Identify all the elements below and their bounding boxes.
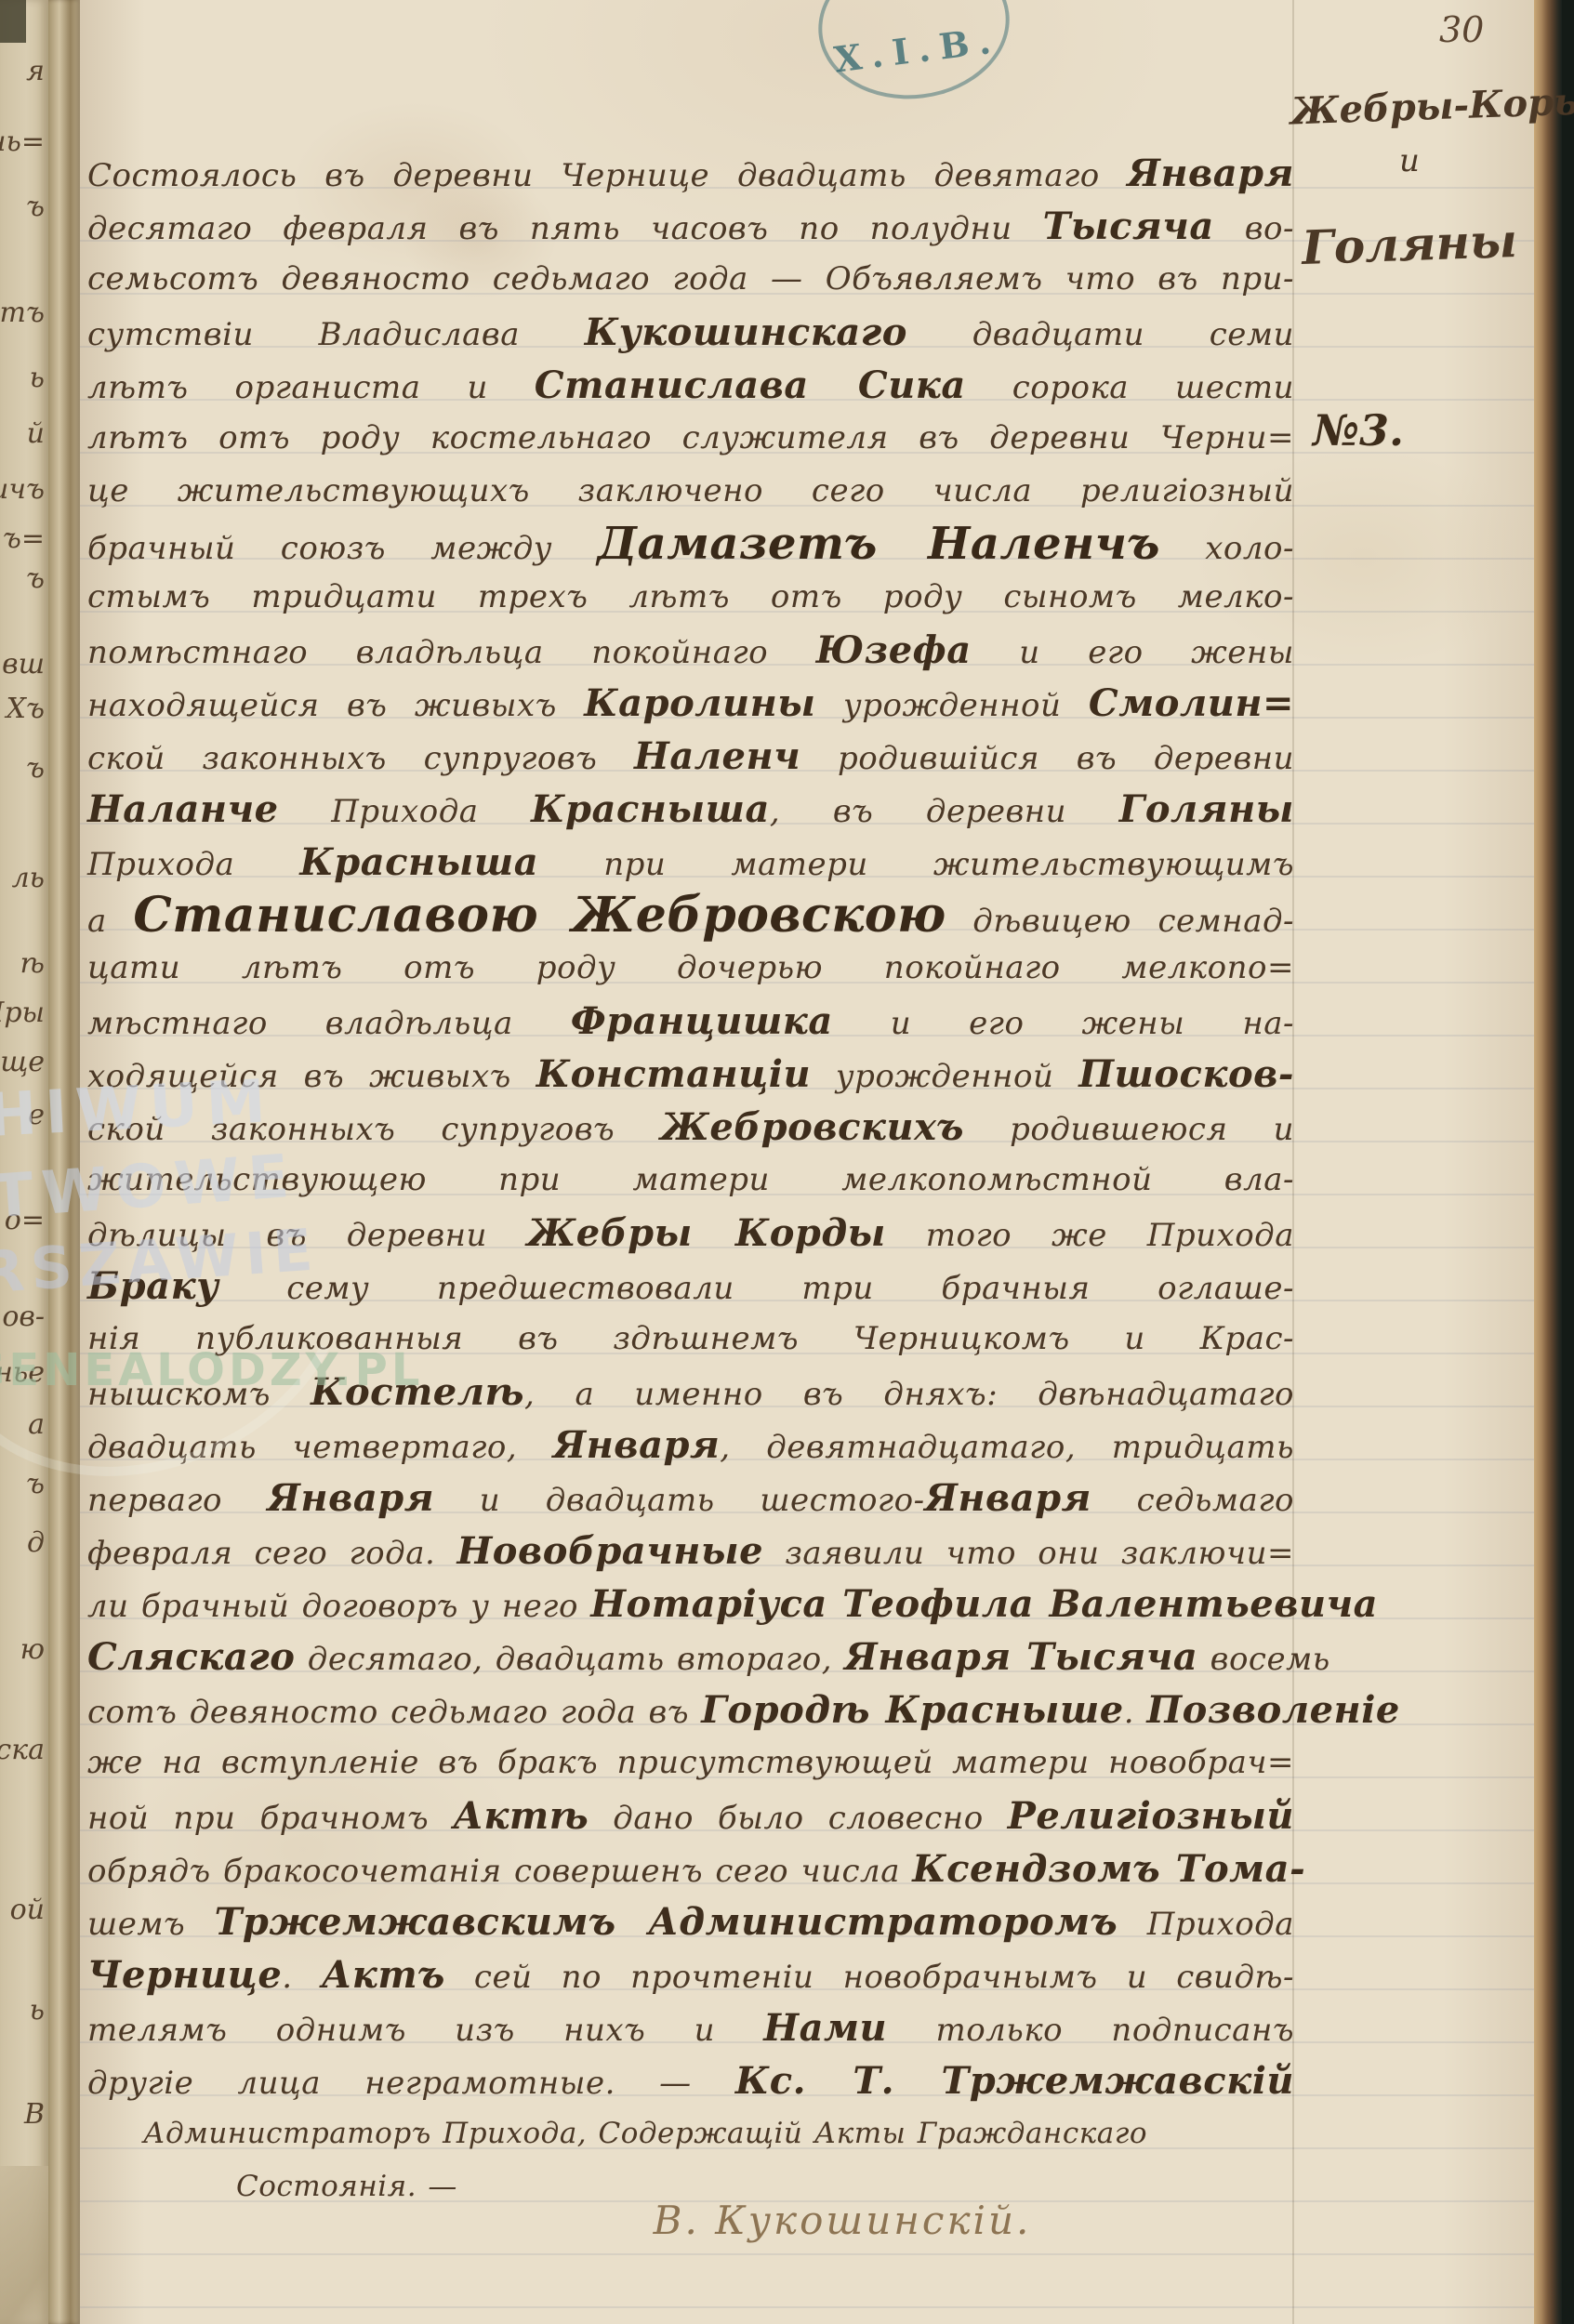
body-text: .	[282, 1959, 321, 1996]
body-text: того же Прихода	[886, 1217, 1294, 1254]
body-text: двадцать четвертаго,	[87, 1429, 553, 1466]
emphasized-name: Юзефа	[816, 628, 972, 672]
body-text: сему предшествовали три брачныя оглаше-	[219, 1270, 1294, 1307]
body-text: брачный союзъ между	[87, 530, 597, 567]
body-text: Прихода	[87, 846, 299, 883]
body-text: Состоялось въ деревни Чернице двадцать д…	[87, 157, 1128, 194]
facing-page-text-fragment: ль	[12, 865, 45, 892]
record-page: Х.І.В. 30 Жебры-Коры и Голяны №3. Состоя…	[80, 0, 1536, 2324]
body-text: же на вступленіе въ бракъ присутствующей…	[87, 1744, 1294, 1781]
body-line: цати лѣтъ отъ роду дочерью покойнаго мел…	[87, 942, 1294, 995]
emphasized-name: Браку	[87, 1264, 219, 1308]
emphasized-name: Января Тысяча	[844, 1635, 1197, 1679]
body-text: седьмаго	[1091, 1482, 1294, 1519]
body-line: нія публикованныя въ здѣшнемъ Черницкомъ…	[87, 1313, 1294, 1366]
act-number: №3.	[1313, 405, 1404, 456]
body-line: ли брачный договоръ у него Нотаріуса Тео…	[87, 1578, 1294, 1631]
emphasized-name: Красныша	[531, 787, 770, 831]
body-text: холо-	[1160, 530, 1294, 567]
body-line: мѣстнаго владѣльца Францишка и его жены …	[87, 995, 1294, 1048]
body-line: семьсотъ девяносто седьмаго года — Объяв…	[87, 253, 1294, 306]
body-text: двадцати семи	[907, 316, 1294, 353]
body-text: ской законныхъ супруговъ	[87, 740, 634, 777]
emphasized-name: Станислава Сика	[535, 363, 966, 407]
binding-gutter	[48, 0, 80, 2324]
emphasized-name: Января	[268, 1476, 434, 1520]
facing-page-text-fragment: я	[26, 58, 45, 86]
body-text: другіе лица неграмотные. —	[87, 2065, 735, 2102]
emphasized-name: Констанціи	[536, 1052, 811, 1096]
body-text: дѣлицы въ деревни	[87, 1217, 527, 1254]
facing-page-text-fragment: ь	[30, 1997, 45, 2025]
margin-place-name-3: Голяны	[1290, 213, 1529, 276]
body-line: лѣтъ органиста и Станислава Сика сорока …	[87, 359, 1294, 412]
corner-shadow	[0, 0, 26, 43]
body-line: ской законныхъ супруговъ Наленч родившій…	[87, 730, 1294, 783]
page-stack-edge	[1534, 0, 1562, 2324]
emphasized-name: Костелѣ	[311, 1370, 524, 1414]
body-line: февраля сего года. Новобрачные заявили ч…	[87, 1525, 1294, 1578]
body-line: Прихода Красныша при матери жительствующ…	[87, 836, 1294, 889]
body-line: ходящейся въ живыхъ Констанціи урожденно…	[87, 1048, 1294, 1101]
body-text: во-	[1214, 210, 1294, 247]
body-text: заявили что они заключи=	[763, 1535, 1294, 1572]
body-text: це жительствующихъ заключено сего числа …	[87, 472, 1294, 509]
body-text: .	[1124, 1694, 1147, 1731]
body-line: Браку сему предшествовали три брачныя ог…	[87, 1260, 1294, 1313]
facing-page-text-fragment: ъ	[26, 193, 45, 221]
emphasized-name: Дамазетъ Наленчъ	[597, 518, 1159, 570]
body-text: Состоянія. —	[236, 2170, 457, 2203]
body-text: Прихода	[279, 793, 532, 830]
body-line: обрядъ бракосочетанія совершенъ сего чис…	[87, 1842, 1294, 1895]
emphasized-name: Тысяча	[1043, 205, 1214, 248]
facing-page-text-fragment: В	[24, 2101, 45, 2129]
emphasized-name: Тржемжавскимъ Администраторомъ	[215, 1900, 1118, 1944]
body-line: сотъ девяносто седьмаго года въ Городѣ К…	[87, 1684, 1294, 1736]
body-line: сутствіи Владислава Кукошинскаго двадцат…	[87, 306, 1294, 359]
emphasized-name: Нотаріуса Теофила Валентьевича	[590, 1582, 1378, 1626]
facing-page-text-fragment: ов-	[2, 1303, 45, 1331]
body-text: и двадцать шестого-	[434, 1482, 924, 1519]
body-text: дѣвицею семнад-	[946, 903, 1294, 940]
facing-page-text-fragment: ой	[10, 1896, 45, 1924]
facing-page-text-fragment: Хъ	[7, 695, 45, 723]
facing-page-text-fragment: ѣ	[20, 950, 45, 978]
emphasized-name: Января	[925, 1476, 1091, 1520]
facing-page-text-fragment: ще	[0, 1049, 45, 1076]
facing-page-text-fragment: нье	[0, 1359, 45, 1387]
facing-page-text-fragment: о=	[5, 1207, 45, 1235]
emphasized-name: Францишка	[571, 999, 833, 1043]
emphasized-name: Чернице	[87, 1953, 282, 1997]
emphasized-name: Января	[553, 1423, 720, 1467]
emphasized-name: Наленч	[634, 734, 800, 778]
body-text: родившеюся и	[964, 1111, 1294, 1148]
body-line: жительствующею при матери мелкопомѣстной…	[87, 1154, 1294, 1207]
body-text: февраля сего года.	[87, 1535, 457, 1572]
body-text: находящейся въ живыхъ	[87, 687, 584, 724]
body-line: а Станиславою Жебровскою дѣвицею семнад-	[87, 889, 1294, 942]
emphasized-name: Кукошинскаго	[585, 310, 907, 354]
body-text: , а именно въ дняхъ: двѣнадцатаго	[524, 1376, 1294, 1413]
body-text: ной при брачномъ	[87, 1800, 453, 1837]
emphasized-name: Пшосков-	[1078, 1052, 1294, 1096]
facing-page-text-fragment: а	[28, 1411, 45, 1439]
body-line: брачный союзъ между Дамазетъ Наленчъ хол…	[87, 518, 1294, 571]
emphasized-name: Актъ	[322, 1953, 445, 1997]
body-line: нышскомъ Костелѣ, а именно въ дняхъ: двѣ…	[87, 1366, 1294, 1419]
facing-page-text-fragment: ъ	[26, 755, 45, 783]
emphasized-name: Жебры Корды	[527, 1211, 886, 1255]
facing-page-text-fragment: ска	[0, 1736, 45, 1764]
body-text: лѣтъ органиста и	[87, 369, 535, 406]
body-text: только подписанъ	[887, 2012, 1294, 2049]
emphasized-name: Смолин=	[1089, 681, 1294, 725]
body-line: телямъ однимъ изъ нихъ и Нами только под…	[87, 2001, 1294, 2054]
body-line: перваго Января и двадцать шестого-Января…	[87, 1472, 1294, 1525]
body-text: Прихода	[1118, 1906, 1294, 1943]
body-text: жительствующею при матери мелкопомѣстной…	[87, 1161, 1294, 1198]
emphasized-name: Красныша	[299, 840, 538, 884]
body-text: дано было словесно	[589, 1800, 1008, 1837]
facing-page-text-fragment: ь	[30, 364, 45, 392]
body-line: шемъ Тржемжавскимъ Администраторомъ Прих…	[87, 1895, 1294, 1948]
body-line: лѣтъ отъ роду костельнаго служителя въ д…	[87, 412, 1294, 465]
body-text: нышскомъ	[87, 1376, 311, 1413]
body-line: дѣлицы въ деревни Жебры Корды того же Пр…	[87, 1207, 1294, 1260]
oval-stamp: Х.І.В.	[810, 0, 1018, 110]
emphasized-name: Религіозный	[1008, 1794, 1294, 1838]
body-text: родившійся въ деревни	[800, 740, 1294, 777]
body-text: телямъ однимъ изъ нихъ и	[87, 2012, 763, 2049]
body-text: урожденной	[815, 687, 1088, 724]
body-text: урожденной	[811, 1058, 1078, 1095]
body-line: це жительствующихъ заключено сего числа …	[87, 465, 1294, 518]
body-line: ской законныхъ супруговъ Жебровскихъ род…	[87, 1101, 1294, 1154]
body-text: обрядъ бракосочетанія совершенъ сего чис…	[87, 1853, 912, 1890]
stamp-text: Х.І.В.	[832, 19, 1005, 104]
facing-page-text-fragment: ъ	[26, 1471, 45, 1499]
body-line: Состоялось въ деревни Чернице двадцать д…	[87, 147, 1294, 200]
emphasized-name: Жебровскихъ	[660, 1105, 964, 1149]
emphasized-name: Наланче	[87, 787, 279, 831]
facing-page-text-fragment: тъ	[0, 299, 45, 327]
body-text: ходящейся въ живыхъ	[87, 1058, 536, 1095]
body-text: восемь	[1197, 1641, 1329, 1678]
margin-place-name-1: Жебры-Коры	[1290, 82, 1528, 134]
emphasized-name: Ксендзомъ Тома-	[912, 1847, 1305, 1891]
body-text: ской законныхъ супруговъ	[87, 1111, 660, 1148]
margin-place-name-2: и	[1290, 142, 1528, 179]
facing-page-text-fragment: Пры	[0, 999, 45, 1027]
body-text: нія публикованныя въ здѣшнемъ Черницкомъ…	[87, 1320, 1294, 1357]
facing-page-edge: янь=ътъьйичъъ=ъвшХъъльѣПрыщеео=ов-ньеаъд…	[0, 0, 48, 2324]
emphasized-name: Актѣ	[453, 1794, 589, 1838]
body-text: , въ деревни	[770, 793, 1119, 830]
facing-page-text-fragment: е	[28, 1102, 45, 1129]
body-text-block: Состоялось въ деревни Чернице двадцать д…	[87, 147, 1294, 2213]
body-line: Чернице. Актъ сей по прочтеніи новобрачн…	[87, 1948, 1294, 2001]
margin-notes: Жебры-Коры и Голяны	[1290, 86, 1528, 271]
body-text: сорока шести	[966, 369, 1294, 406]
facing-page-text-fragment: й	[27, 420, 45, 448]
body-text: десятаго февраля въ пять часовъ по полуд…	[87, 210, 1043, 247]
emphasized-name: Сляскаго	[87, 1635, 295, 1679]
emphasized-name: Голяны	[1119, 787, 1294, 831]
facing-page-text-fragment: ъ	[26, 565, 45, 593]
emphasized-name: Нами	[763, 2006, 887, 2050]
body-line: находящейся въ живыхъ Каролины урожденно…	[87, 677, 1294, 730]
facing-page-text-fragment: ю	[20, 1636, 45, 1664]
body-line: же на вступленіе въ бракъ присутствующей…	[87, 1736, 1294, 1789]
body-text: десятаго, двадцать втораго,	[295, 1641, 844, 1678]
body-line: Администраторъ Прихода, Содержащій Акты …	[87, 2107, 1294, 2160]
body-text: помѣстнаго владѣльца покойнаго	[87, 634, 816, 671]
body-text: стымъ тридцати трехъ лѣтъ отъ роду сыном…	[87, 578, 1294, 615]
body-line: ной при брачномъ Актѣ дано было словесно…	[87, 1789, 1294, 1842]
body-line: Наланче Прихода Красныша, въ деревни Гол…	[87, 783, 1294, 836]
body-text: шемъ	[87, 1906, 215, 1943]
body-text: при матери жительствующимъ	[538, 846, 1294, 883]
background	[1562, 0, 1574, 2324]
body-text: ли брачный договоръ у него	[87, 1588, 590, 1625]
body-text: сутствіи Владислава	[87, 316, 585, 353]
body-text: и его жены	[972, 634, 1294, 671]
body-line: другіе лица неграмотные. — Кс. Т. Тржемж…	[87, 2054, 1294, 2107]
body-text: Администраторъ Прихода, Содержащій Акты …	[143, 2117, 1147, 2150]
facing-page-text-fragment: ичъ	[0, 476, 45, 504]
facing-page-text-fragment: нь=	[0, 128, 45, 156]
body-line: Сляскаго десятаго, двадцать втораго, Янв…	[87, 1631, 1294, 1684]
body-text: перваго	[87, 1482, 268, 1519]
emphasized-name: Новобрачные	[457, 1529, 764, 1573]
body-text: цати лѣтъ отъ роду дочерью покойнаго мел…	[87, 949, 1294, 986]
body-text: , девятнадцатаго, тридцать	[720, 1429, 1294, 1466]
body-line: двадцать четвертаго, Января, девятнадцат…	[87, 1419, 1294, 1472]
body-text: сотъ девяносто седьмаго года въ	[87, 1694, 701, 1731]
emphasized-name: Января	[1128, 152, 1294, 195]
body-text: семьсотъ девяносто седьмаго года — Объяв…	[87, 260, 1294, 297]
body-text: и его жены на-	[833, 1005, 1294, 1042]
page-number: 30	[1439, 9, 1484, 50]
emphasized-name: Каролины	[584, 681, 815, 725]
facing-page-text-fragment: ъ=	[3, 525, 45, 553]
body-line: помѣстнаго владѣльца покойнаго Юзефа и е…	[87, 624, 1294, 677]
emphasized-name: Позволеніе	[1146, 1688, 1399, 1732]
body-text: мѣстнаго владѣльца	[87, 1005, 571, 1042]
facing-page-text-fragment: д	[27, 1529, 45, 1557]
official-signature: В. Кукошинскій.	[563, 2198, 1121, 2243]
document-scan: янь=ътъьйичъъ=ъвшХъъльѣПрыщеео=ов-ньеаъд…	[0, 0, 1574, 2324]
body-text: сей по прочтеніи новобрачнымъ и свидѣ-	[445, 1959, 1294, 1996]
emphasized-name: Станиславою Жебровскою	[133, 887, 946, 944]
body-text: лѣтъ отъ роду костельнаго служителя въ д…	[87, 419, 1294, 456]
body-line: стымъ тридцати трехъ лѣтъ отъ роду сыном…	[87, 571, 1294, 624]
body-text: а	[87, 903, 133, 940]
emphasized-name: Кс. Т. Тржемжавскій	[735, 2059, 1294, 2103]
facing-page-text-fragment: вш	[2, 651, 45, 679]
emphasized-name: Городѣ Красныше	[701, 1688, 1123, 1732]
body-line: десятаго февраля въ пять часовъ по полуд…	[87, 200, 1294, 253]
